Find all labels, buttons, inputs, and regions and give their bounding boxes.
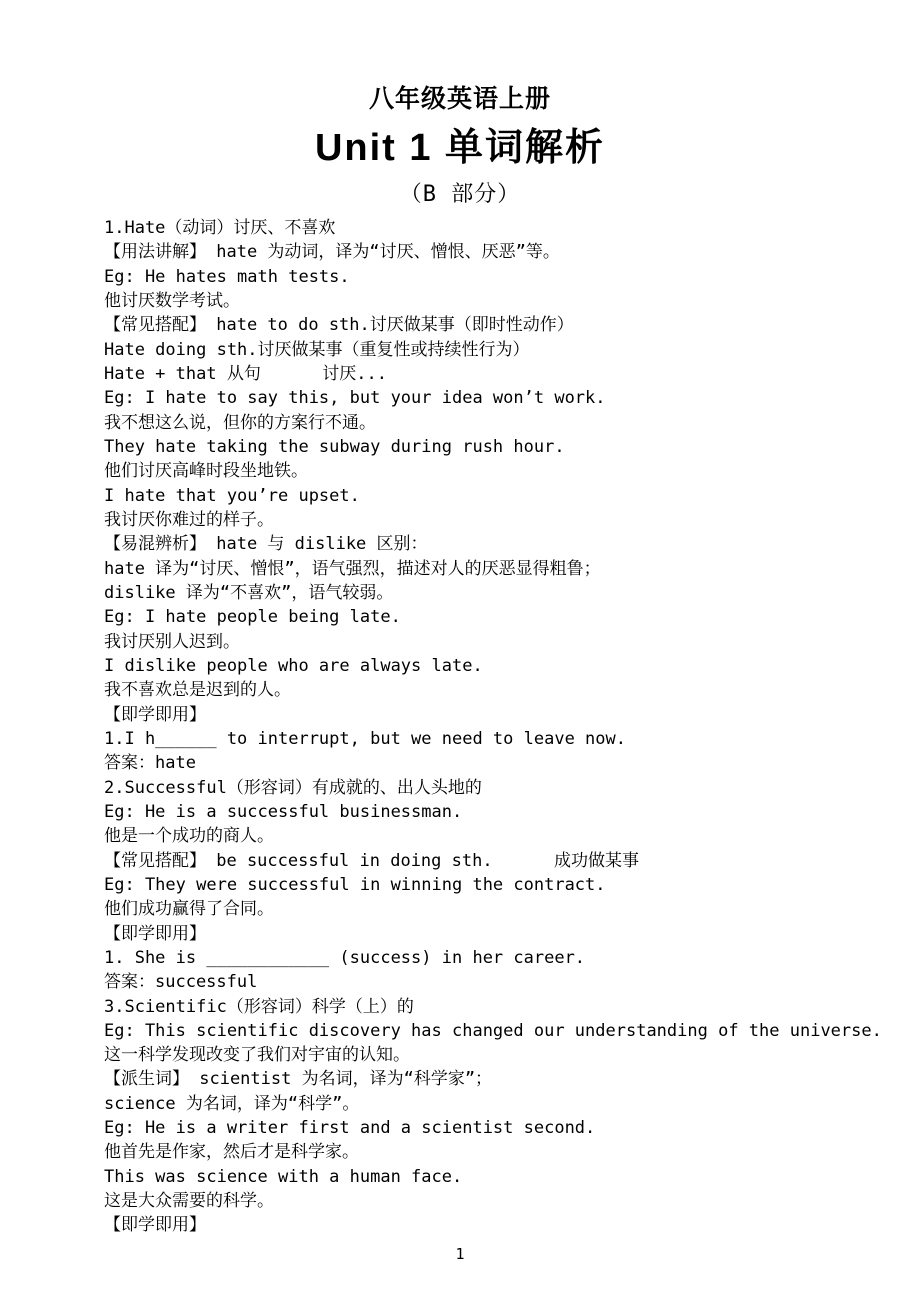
body-line: 【常见搭配】 hate to do sth.讨厌做某事（即时性动作） <box>104 313 910 337</box>
body-line: I dislike people who are always late. <box>104 654 910 678</box>
body-line: 【即学即用】 <box>104 1213 910 1237</box>
doc-section-label: （B 部分） <box>0 177 920 208</box>
body-line: Eg: I hate to say this, but your idea wo… <box>104 386 910 410</box>
body-line: I hate that you’re upset. <box>104 484 910 508</box>
body-line: Eg: This scientific discovery has change… <box>104 1019 910 1043</box>
body-line: dislike 译为“不喜欢”，语气较弱。 <box>104 581 910 605</box>
body-line: 这是大众需要的科学。 <box>104 1189 910 1213</box>
body-line: 他首先是作家，然后才是科学家。 <box>104 1140 910 1164</box>
body-line: Eg: They were successful in winning the … <box>104 873 910 897</box>
body-line: Hate + that 从句 讨厌... <box>104 362 910 386</box>
document-page: 八年级英语上册 Unit 1 单词解析 （B 部分） 1.Hate（动词）讨厌、… <box>0 0 920 1302</box>
doc-title: Unit 1 单词解析 <box>0 116 920 171</box>
body-line: Eg: He hates math tests. <box>104 265 910 289</box>
body-line: 答案：hate <box>104 751 910 775</box>
body-line: 【易混辨析】 hate 与 dislike 区别： <box>104 532 910 556</box>
body-line: 【即学即用】 <box>104 922 910 946</box>
body-line: They hate taking the subway during rush … <box>104 435 910 459</box>
body-line: 他们讨厌高峰时段坐地铁。 <box>104 459 910 483</box>
body-line: 1. She is ____________ (success) in her … <box>104 946 910 970</box>
body-line: This was science with a human face. <box>104 1165 910 1189</box>
body-line: 我讨厌你难过的样子。 <box>104 508 910 532</box>
page-number: 1 <box>0 1245 920 1263</box>
body-line: 【用法讲解】 hate 为动词，译为“讨厌、憎恨、厌恶”等。 <box>104 240 910 264</box>
body-line: 我讨厌别人迟到。 <box>104 630 910 654</box>
body-line: 他们成功赢得了合同。 <box>104 897 910 921</box>
body-line: 3.Scientific（形容词）科学（上）的 <box>104 995 910 1019</box>
body-line: Eg: He is a successful businessman. <box>104 800 910 824</box>
body-line: Eg: I hate people being late. <box>104 605 910 629</box>
body-line: 我不喜欢总是迟到的人。 <box>104 678 910 702</box>
body-line: 他是一个成功的商人。 <box>104 824 910 848</box>
body-line: Eg: He is a writer first and a scientist… <box>104 1116 910 1140</box>
body-line: 【即学即用】 <box>104 703 910 727</box>
body-line: 1.Hate（动词）讨厌、不喜欢 <box>104 216 910 240</box>
body-line: 这一科学发现改变了我们对宇宙的认知。 <box>104 1043 910 1067</box>
body-line: Hate doing sth.讨厌做某事（重复性或持续性行为） <box>104 338 910 362</box>
body-line: 他讨厌数学考试。 <box>104 289 910 313</box>
body-line: 【常见搭配】 be successful in doing sth. 成功做某事 <box>104 849 910 873</box>
body-line: 2.Successful（形容词）有成就的、出人头地的 <box>104 776 910 800</box>
body-line: 1.I h______ to interrupt, but we need to… <box>104 727 910 751</box>
body-line: hate 译为“讨厌、憎恨”，语气强烈，描述对人的厌恶显得粗鲁； <box>104 557 910 581</box>
document-body: 1.Hate（动词）讨厌、不喜欢【用法讲解】 hate 为动词，译为“讨厌、憎恨… <box>104 216 910 1238</box>
body-line: science 为名词，译为“科学”。 <box>104 1092 910 1116</box>
body-line: 【派生词】 scientist 为名词，译为“科学家”； <box>104 1067 910 1091</box>
body-line: 我不想这么说，但你的方案行不通。 <box>104 411 910 435</box>
body-line: 答案：successful <box>104 970 910 994</box>
doc-subtitle: 八年级英语上册 <box>0 79 920 115</box>
